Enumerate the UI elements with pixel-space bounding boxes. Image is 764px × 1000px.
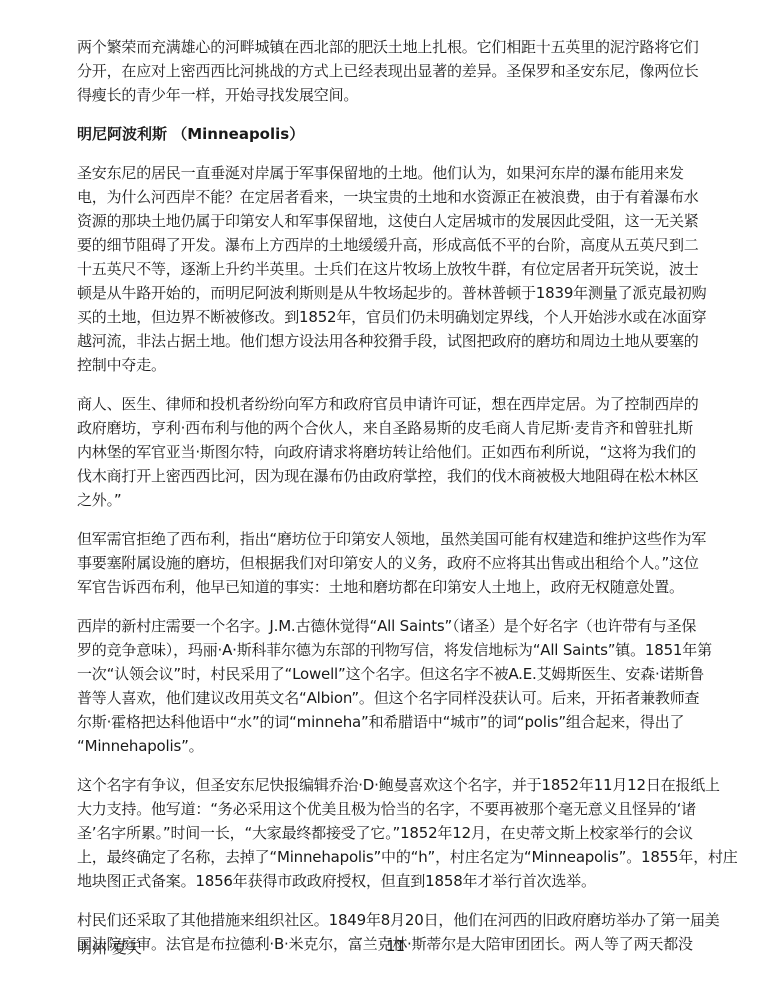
text-line: 要的细节阻碍了开发。瀑布上方西岸的土地缓缓升高，形成高低不平的台阶，高度从五英尺… (77, 233, 717, 257)
intro-paragraph: 两个繁荣而充满雄心的河畔城镇在西北部的肥沃土地上扎根。它们相距十五英里的泥泞路将… (77, 35, 717, 107)
text-line: 普等人喜欢，他们建议改用英文名“Albion”。但这个名字同样没获认可。后来，开… (77, 686, 717, 710)
footer-title: 明州 夏天 (77, 937, 142, 958)
text-line: 内林堡的军官亚当·斯图尔特，向政府请求将磨坊转让给他们。正如西布利所说，“这将为… (77, 440, 717, 464)
text-line: 但军需官拒绝了西布利，指出“磨坊位于印第安人领地，虽然美国可能有权建造和维护这些… (77, 527, 717, 551)
body-paragraph: 圣安东尼的居民一直垂涎对岸属于军事保留地的土地。他们认为，如果河东岸的瀑布能用来… (77, 161, 717, 377)
text-line: 两个繁荣而充满雄心的河畔城镇在西北部的肥沃土地上扎根。它们相距十五英里的泥泞路将… (77, 35, 717, 59)
text-line: 政府磨坊，亨利·西布利与他的两个合伙人，来自圣路易斯的皮毛商人肯尼斯·麦肯齐和曾… (77, 416, 717, 440)
text-line: 十五英尺不等，逐渐上升约半英里。士兵们在这片牧场上放牧牛群，有位定居者开玩笑说，… (77, 257, 717, 281)
text-line: 商人、医生、律师和投机者纷纷向军方和政府官员申请许可证，想在西岸定居。为了控制西… (77, 392, 717, 416)
text-line: 西岸的新村庄需要一个名字。J.M.古德休觉得“All Saints”（诸圣）是个… (77, 614, 717, 638)
text-line: 圣安东尼的居民一直垂涎对岸属于军事保留地的土地。他们认为，如果河东岸的瀑布能用来… (77, 161, 717, 185)
text-line: 控制中夺走。 (77, 353, 717, 377)
text-line: “Minnehapolis”。 (77, 734, 717, 758)
text-line: 一次“认领会议”时，村民采用了“Lowell”这个名字。但这名字不被A.E.艾姆… (77, 662, 717, 686)
document-page: 两个繁荣而充满雄心的河畔城镇在西北部的肥沃土地上扎根。它们相距十五英里的泥泞路将… (77, 35, 717, 971)
text-line: 地块图正式备案。1856年获得市政政府授权，但直到1858年才举行首次选举。 (77, 869, 717, 893)
text-line: 罗的竞争意味），玛丽·A·斯科菲尔德为东部的刊物写信，将发信地标为“All Sa… (77, 638, 717, 662)
text-line: 分开，在应对上密西西比河挑战的方式上已经表现出显著的差异。圣保罗和圣安东尼，像两… (77, 59, 717, 83)
text-line: 军官告诉西布利，他早已知道的事实：土地和磨坊都在印第安人土地上，政府无权随意处置… (77, 575, 717, 599)
text-line: 资源的那块土地仍属于印第安人和军事保留地，这使白人定居城市的发展因此受阻，这一无… (77, 209, 717, 233)
text-line: 村民们还采取了其他措施来组织社区。1849年8月20日，他们在河西的旧政府磨坊举… (77, 908, 717, 932)
section-heading: 明尼阿波利斯 （Minneapolis） (77, 122, 717, 146)
text-line: 买的土地，但边界不断被修改。到1852年，官员们仍未明确划定界线，个人开始涉水或… (77, 305, 717, 329)
body-paragraph: 商人、医生、律师和投机者纷纷向军方和政府官员申请许可证，想在西岸定居。为了控制西… (77, 392, 717, 512)
text-line: 顿是从牛路开始的，而明尼阿波利斯则是从牛牧场起步的。普林普顿于1839年测量了派… (77, 281, 717, 305)
body-paragraph: 这个名字有争议，但圣安东尼快报编辑乔治·D·鲍曼喜欢这个名字，并于1852年11… (77, 773, 717, 893)
text-line: 电，为什么河西岸不能？在定居者看来，一块宝贵的土地和水资源正在被浪费，由于有着瀑… (77, 185, 717, 209)
text-line: 大力支持。他写道：“务必采用这个优美且极为恰当的名字，不要再被那个毫无意义且怪异… (77, 797, 717, 821)
body-paragraph: 但军需官拒绝了西布利，指出“磨坊位于印第安人领地，虽然美国可能有权建造和维护这些… (77, 527, 717, 599)
text-line: 得瘦长的青少年一样，开始寻找发展空间。 (77, 83, 717, 107)
text-line: 越河流，非法占据土地。他们想方设法用各种狡猾手段，试图把政府的磨坊和周边土地从要… (77, 329, 717, 353)
text-line: 事要塞附属设施的磨坊，但根据我们对印第安人的义务，政府不应将其出售或出租给个人。… (77, 551, 717, 575)
body-paragraph: 西岸的新村庄需要一个名字。J.M.古德休觉得“All Saints”（诸圣）是个… (77, 614, 717, 758)
text-line: 上，最终确定了名称，去掉了“Minnehapolis”中的“h”，村庄名定为“M… (77, 845, 717, 869)
text-line: 伐木商打开上密西西比河，因为现在瀑布仍由政府掌控，我们的伐木商被极大地阻碍在松木… (77, 464, 717, 488)
text-line: 尔斯·霍格把达科他语中“水”的词“minneha”和希腊语中“城市”的词“pol… (77, 710, 717, 734)
text-line: 圣’名字所累。”时间一长，“大家最终都接受了它。”1852年12月，在史蒂文斯上… (77, 821, 717, 845)
text-line: 这个名字有争议，但圣安东尼快报编辑乔治·D·鲍曼喜欢这个名字，并于1852年11… (77, 773, 717, 797)
text-line: 之外。” (77, 488, 717, 512)
page-number: 11 (386, 937, 405, 955)
